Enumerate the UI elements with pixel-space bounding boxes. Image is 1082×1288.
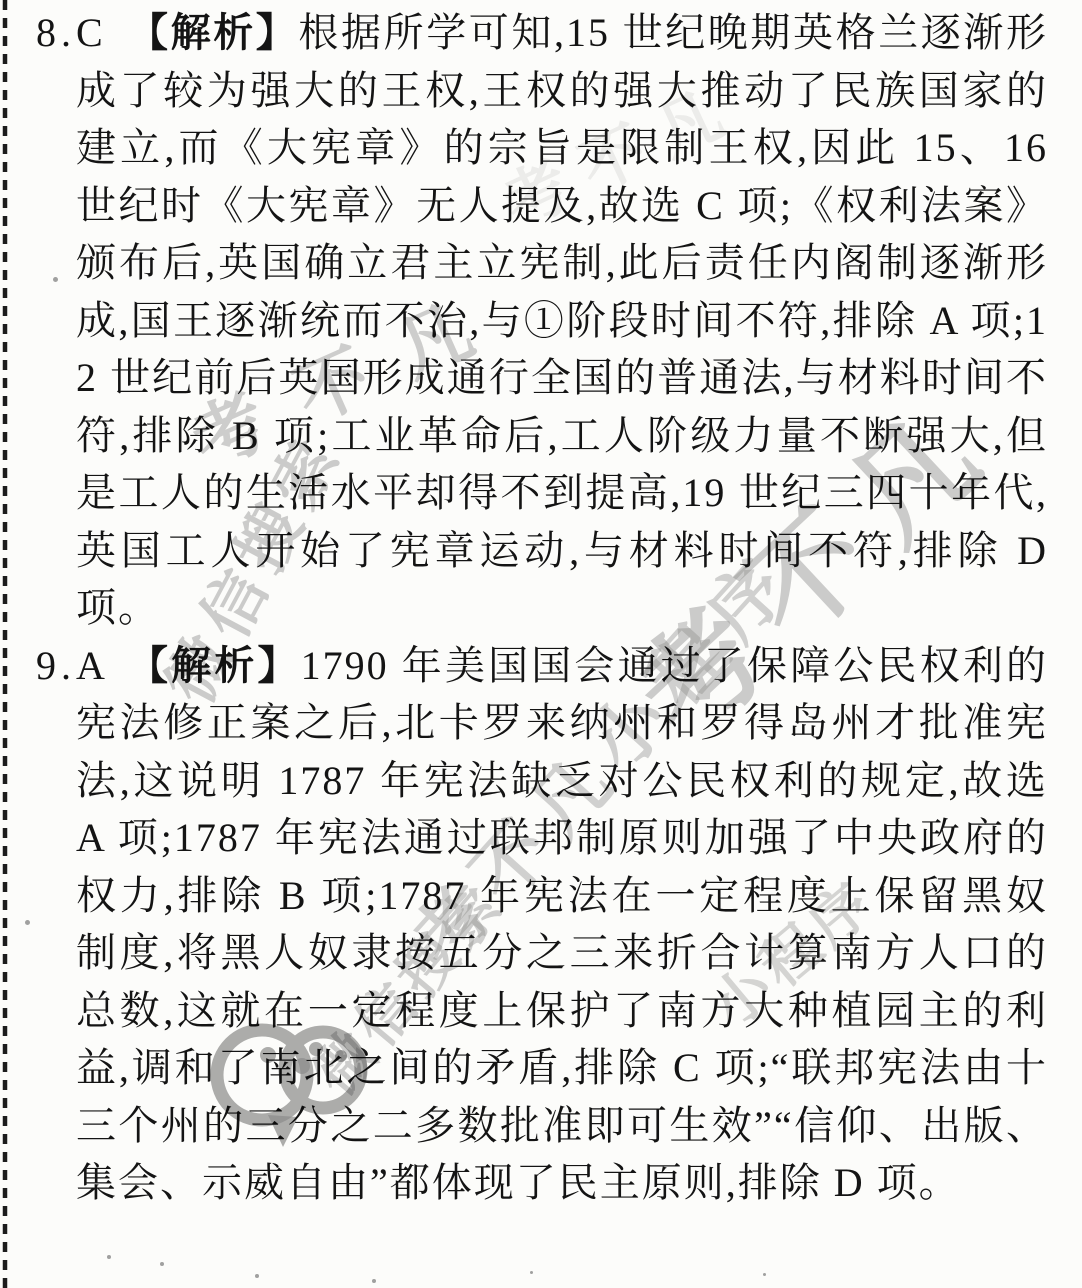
answer-label-8: 8.C: [36, 4, 108, 62]
logo-right-eye-2: [335, 1050, 347, 1062]
analysis-body-8: 根据所学可知,15 世纪晚期英格兰逐渐形成了较为强大的王权,王权的强大推动了民族…: [76, 10, 1048, 630]
chat-bubbles-logo: [200, 1010, 430, 1170]
logo-bubble-tail: [268, 1115, 298, 1147]
answer-item-9: 9.A 【解析】1790 年美国国会通过了保障公民权利的宪法修正案之后,北卡罗来…: [36, 637, 1048, 1212]
answer-item-8: 8.C 【解析】根据所学可知,15 世纪晚期英格兰逐渐形成了较为强大的王权,王权…: [36, 4, 1048, 637]
scan-speck: [763, 1273, 766, 1276]
answers-content: 8.C 【解析】根据所学可知,15 世纪晚期英格兰逐渐形成了较为强大的王权,王权…: [36, 4, 1048, 1212]
scan-speck: [160, 1262, 164, 1266]
scan-speck: [372, 1279, 376, 1283]
dashed-left-border: [0, 0, 12, 1288]
logo-left-eye-1: [260, 1047, 276, 1063]
scan-speck: [107, 1255, 111, 1259]
logo-left-eye-2: [294, 1058, 310, 1074]
answer-text-8: 【解析】根据所学可知,15 世纪晚期英格兰逐渐形成了较为强大的王权,王权的强大推…: [76, 4, 1048, 637]
scan-speck: [25, 920, 30, 925]
logo-right-eye-1: [309, 1042, 323, 1056]
scanned-answer-page: 8.C 【解析】根据所学可知,15 世纪晚期英格兰逐渐形成了较为强大的王权,王权…: [0, 0, 1082, 1288]
analysis-tag-9: 【解析】: [128, 643, 301, 688]
analysis-tag-8: 【解析】: [128, 10, 298, 55]
scan-speck: [530, 1271, 533, 1274]
scan-speck: [53, 277, 58, 282]
answer-label-9: 9.A: [36, 637, 110, 695]
scan-speck: [255, 1274, 259, 1278]
